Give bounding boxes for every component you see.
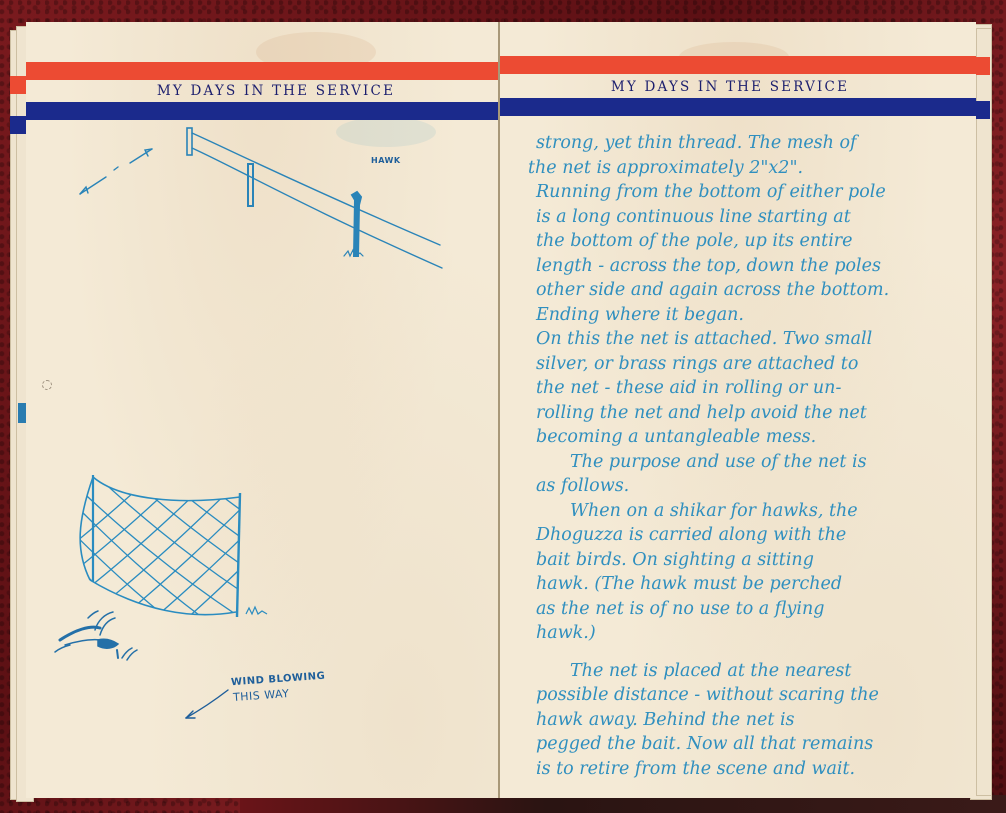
text-line: the net is approximately 2"x2".: [528, 156, 966, 181]
text-line: Ending where it began.: [536, 303, 966, 328]
right-stack-blue-edge: [976, 101, 990, 119]
text-line: is a long continuous line starting at: [536, 205, 966, 230]
text-line: rolling the net and help avoid the net: [536, 401, 966, 426]
text-line: silver, or brass rings are attached to: [536, 352, 966, 377]
left-blue-stripe: [26, 102, 498, 120]
text-line: is to retire from the scene and wait.: [536, 757, 966, 782]
text-line: possible distance - without scaring the: [536, 683, 966, 708]
text-line: the bottom of the pole, up its entire: [536, 229, 966, 254]
text-line: length - across the top, down the poles: [536, 254, 966, 279]
punch-hole: [42, 380, 52, 390]
text-line: hawk. (The hawk must be perched: [536, 572, 966, 597]
text-line: other side and again across the bottom.: [536, 278, 966, 303]
left-page-header: MY DAYS IN THE SERVICE: [26, 82, 526, 100]
text-line: Dhoguzza is carried along with the: [536, 523, 966, 548]
text-line: When on a shikar for hawks, the: [536, 499, 966, 524]
left-stack-ink-mark: [18, 403, 26, 423]
text-line: On this the net is attached. Two small: [536, 327, 966, 352]
left-stack-red-edge: [10, 76, 26, 94]
handwritten-text: strong, yet thin thread. The mesh of the…: [536, 131, 966, 781]
left-red-stripe: [26, 62, 498, 80]
text-line: becoming a untangleable mess.: [536, 425, 966, 450]
right-red-stripe: [499, 56, 976, 74]
text-line: The net is placed at the nearest: [536, 659, 966, 684]
paper-stain: [336, 117, 436, 147]
right-blue-stripe: [499, 98, 976, 116]
text-line: hawk away. Behind the net is: [536, 708, 966, 733]
text-line: as the net is of no use to a flying: [536, 597, 966, 622]
text-line: the net - these aid in rolling or un-: [536, 376, 966, 401]
text-line: as follows.: [536, 474, 966, 499]
text-line: bait birds. On sighting a sitting: [536, 548, 966, 573]
book-spine: [498, 22, 500, 798]
right-page-stack-inner: [976, 28, 992, 796]
hawk-label: HAWK: [371, 156, 401, 165]
text-line: Running from the bottom of either pole: [536, 180, 966, 205]
right-page-header: MY DAYS IN THE SERVICE: [480, 78, 980, 96]
right-stack-red-edge: [976, 57, 990, 75]
text-line: pegged the bait. Now all that remains: [536, 732, 966, 757]
text-line: The purpose and use of the net is: [536, 450, 966, 475]
text-line: strong, yet thin thread. The mesh of: [536, 131, 966, 156]
text-line: hawk.): [536, 621, 966, 646]
left-stack-blue-edge: [10, 116, 26, 134]
